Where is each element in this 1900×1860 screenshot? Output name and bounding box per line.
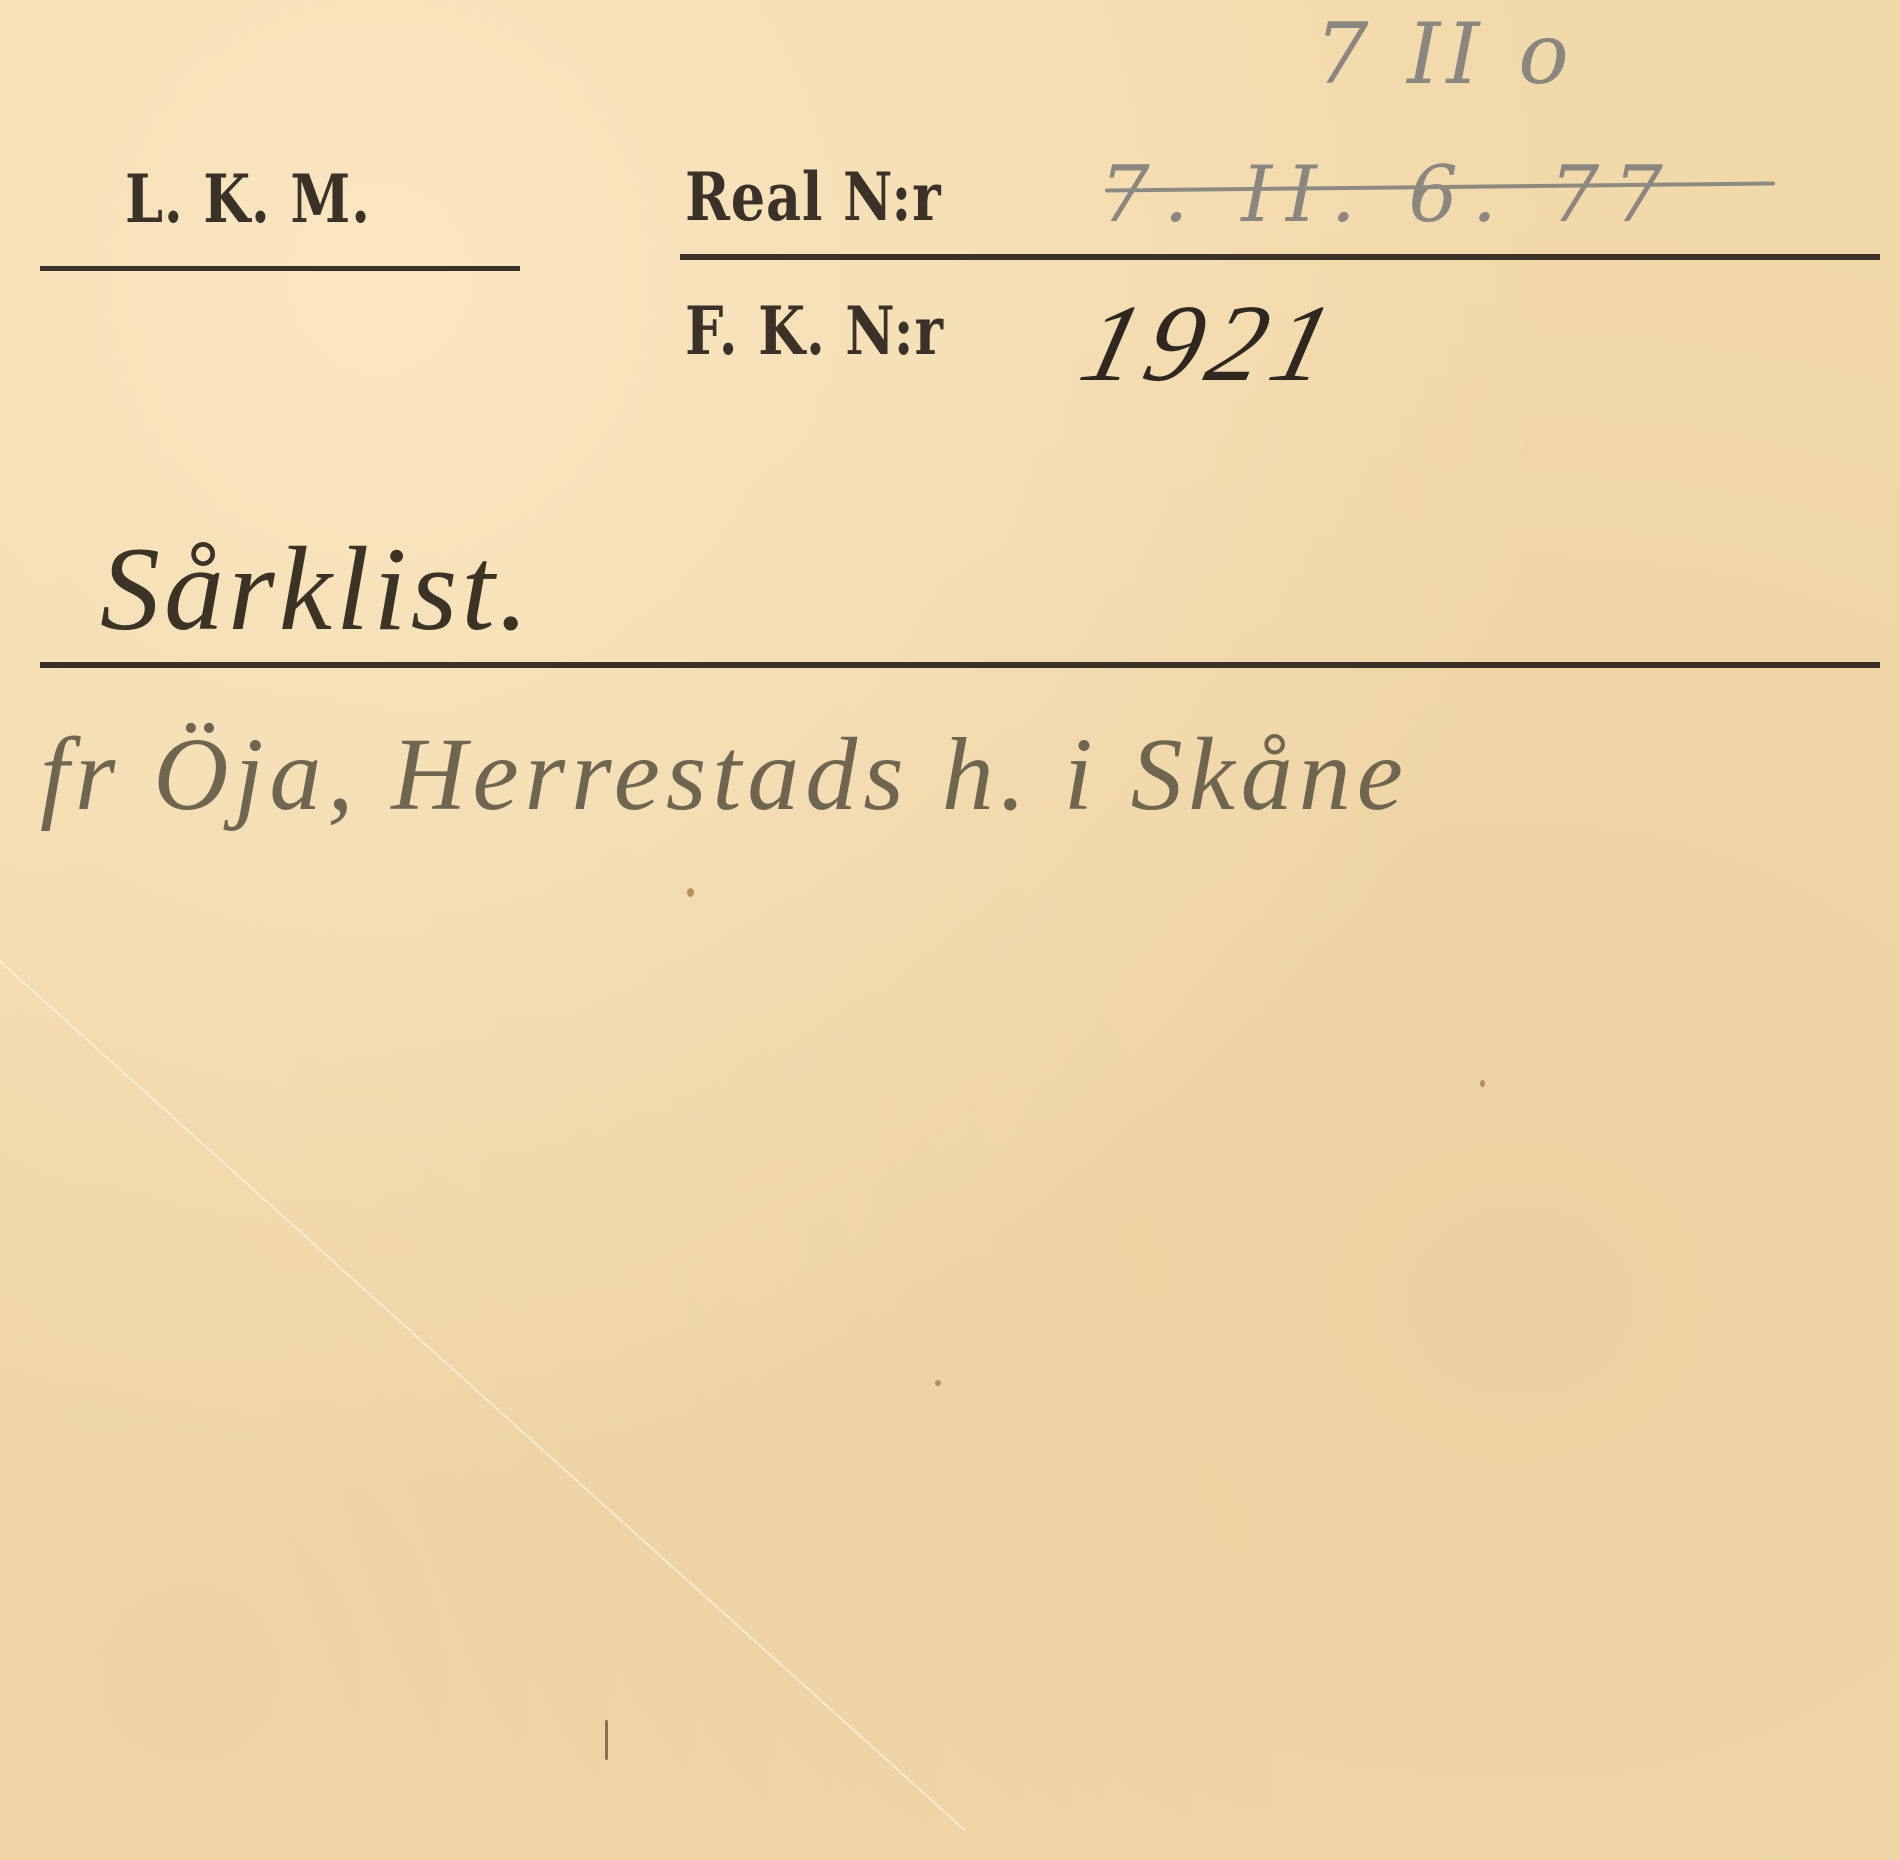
paper-stain [687,888,694,897]
paper-stain [1480,1080,1485,1087]
paper-stain [935,1380,941,1386]
fk-nr-label: F. K. N:r [685,292,944,370]
fk-nr-value: 1921 [1069,280,1353,407]
card-title: Sårklist. [100,520,533,658]
real-nr-current-value: 7 II o [1315,5,1575,103]
paper-fold-crease [0,960,966,1831]
institution-rule [40,266,520,271]
title-rule [40,662,1880,668]
paper-stain [605,1720,608,1760]
real-nr-label: Real N:r [685,158,941,236]
real-nr-rule [680,254,1880,260]
provenance-text: fr Öja, Herrestads h. i Skåne [40,715,1409,834]
real-nr-struck-value: 7. II. 6. 77 [1100,150,1677,240]
institution-label: L. K. M. [125,160,371,238]
catalog-card: L. K. M. 7 II o Real N:r 7. II. 6. 77 F.… [0,0,1900,1860]
